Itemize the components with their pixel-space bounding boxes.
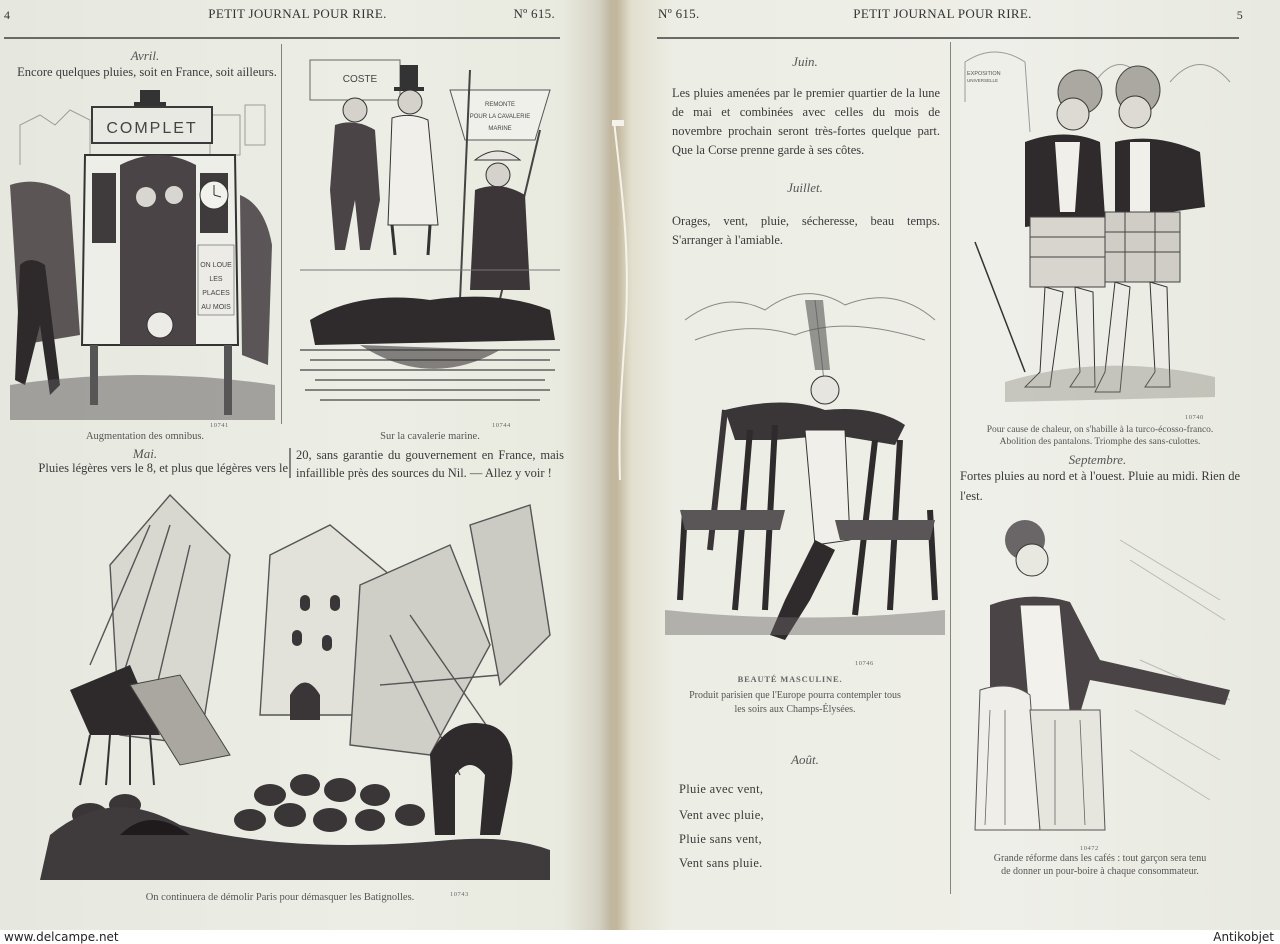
complet-sign: COMPLET bbox=[106, 120, 197, 137]
left-issue-number: Nº 615. bbox=[513, 6, 555, 22]
illustration-turco-ecosso-franco: EXPOSITION UNIVERSELLE bbox=[955, 42, 1245, 412]
septembre-text: Fortes pluies au nord et à l'ouest. Plui… bbox=[960, 466, 1240, 506]
binding-thread bbox=[612, 120, 632, 480]
right-column-divider bbox=[950, 42, 951, 894]
illustration-garcon-de-cafe bbox=[960, 510, 1240, 840]
caption-turco-line-1: Pour cause de chaleur, on s'habille à la… bbox=[960, 424, 1240, 436]
plate-number-turco: 10740 bbox=[1185, 414, 1204, 421]
month-heading-juillet: Juillet. bbox=[660, 180, 950, 196]
right-folio: 5 bbox=[1237, 8, 1243, 23]
caption-omnibus: Augmentation des omnibus. bbox=[40, 430, 250, 444]
illustration-beaute-masculine bbox=[665, 280, 945, 650]
mai-text-column-2: 20, sans garantie du gouvernement en Fra… bbox=[296, 446, 564, 482]
svg-text:AU MOIS: AU MOIS bbox=[201, 304, 231, 311]
svg-text:PLACES: PLACES bbox=[202, 290, 230, 297]
avril-text: Encore quelques pluies, soit en France, … bbox=[16, 62, 278, 82]
svg-text:EXPOSITION: EXPOSITION bbox=[967, 71, 1001, 77]
svg-text:COSTE: COSTE bbox=[343, 74, 378, 85]
svg-text:MARINE: MARINE bbox=[488, 126, 511, 132]
plate-number-omnibus: 10741 bbox=[210, 422, 229, 429]
watermark-antikobjet: Antikobjet bbox=[1213, 930, 1274, 944]
right-journal-title: PETIT JOURNAL POUR RIRE. bbox=[640, 6, 1245, 22]
title-beaute-masculine: BEAUTÉ MASCULINE. bbox=[680, 672, 900, 686]
aout-line-1: Pluie avec vent, bbox=[679, 782, 763, 797]
watermark-delcampe: www.delcampe.net bbox=[4, 930, 119, 944]
aout-line-4: Vent sans pluie. bbox=[679, 856, 763, 871]
illustration-demolition-paris bbox=[30, 485, 560, 880]
month-heading-juin: Juin. bbox=[660, 54, 950, 70]
aout-line-2: Vent avec pluie, bbox=[679, 808, 764, 823]
svg-text:LES: LES bbox=[209, 276, 223, 283]
plate-number-cavalerie: 10744 bbox=[492, 422, 511, 429]
plate-number-beaute: 10746 bbox=[855, 660, 874, 667]
left-journal-title: PETIT JOURNAL POUR RIRE. bbox=[0, 6, 595, 22]
caption-turco-line-2: Abolition des pantalons. Triomphe des sa… bbox=[960, 436, 1240, 448]
magazine-spread: 4 PETIT JOURNAL POUR RIRE. Nº 615. Nº 61… bbox=[0, 0, 1280, 930]
juillet-text: Orages, vent, pluie, sécheresse, beau te… bbox=[672, 212, 940, 250]
right-running-head: Nº 615. PETIT JOURNAL POUR RIRE. 5 bbox=[640, 6, 1245, 26]
right-header-rule bbox=[657, 37, 1239, 39]
mai-column-divider bbox=[289, 448, 291, 478]
svg-text:POUR LA CAVALERIE: POUR LA CAVALERIE bbox=[470, 114, 530, 120]
plate-number-demolition: 10743 bbox=[450, 891, 469, 898]
illustration-omnibus: COMPLET ON LOUE LES PLACES AU MOIS bbox=[10, 85, 275, 420]
juin-text: Les pluies amenées par le premier quarti… bbox=[672, 84, 940, 160]
caption-cavalerie: Sur la cavalerie marine. bbox=[330, 430, 530, 444]
mai-text-column-1: Pluies légères vers le 8, et plus que lé… bbox=[18, 458, 288, 478]
plate-number-garcon: 10472 bbox=[1080, 845, 1099, 852]
left-running-head: 4 PETIT JOURNAL POUR RIRE. Nº 615. bbox=[0, 6, 595, 26]
left-column-divider-top bbox=[281, 44, 282, 424]
left-header-rule bbox=[4, 37, 560, 39]
caption-garcon-line-1: Grande réforme dans les cafés : tout gar… bbox=[960, 852, 1240, 865]
month-heading-aout: Août. bbox=[660, 752, 950, 768]
caption-beaute: Produit parisien que l'Europe pourra con… bbox=[685, 689, 905, 717]
illustration-cavalerie-marine: COSTE REMONTE POUR LA CAVALERIE MARINE bbox=[300, 50, 560, 420]
svg-text:REMONTE: REMONTE bbox=[485, 102, 515, 108]
caption-demolition: On continuera de démolir Paris pour déma… bbox=[130, 891, 430, 905]
svg-text:UNIVERSELLE: UNIVERSELLE bbox=[967, 78, 998, 83]
caption-garcon-line-2: de donner un pour-boire à chaque consomm… bbox=[960, 865, 1240, 878]
aout-line-3: Pluie sans vent, bbox=[679, 832, 762, 847]
svg-text:ON LOUE: ON LOUE bbox=[200, 262, 232, 269]
